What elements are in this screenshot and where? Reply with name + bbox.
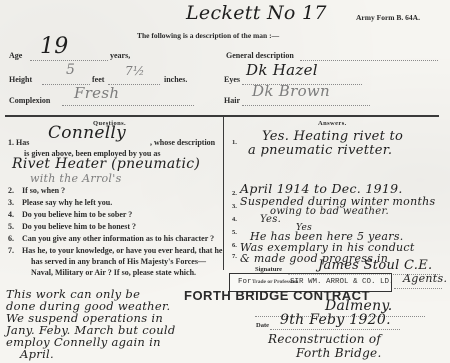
hair-line <box>242 105 370 106</box>
form-sheet: Leckett No 17 Army Form B. 64A. The foll… <box>0 0 450 363</box>
q4-num: 4. <box>8 210 22 219</box>
height-inches-value: 7½ <box>125 64 145 78</box>
header-handwritten-ref: Leckett No 17 <box>186 2 327 24</box>
form-id: Army Form B. 64A. <box>356 13 420 22</box>
date-label: Date <box>256 322 269 329</box>
q6-num: 6. <box>8 234 22 243</box>
stamp-company: SIR WM. ARROL & CO. LD. <box>290 278 394 286</box>
a2-num: 2. <box>232 190 237 197</box>
q1-suffix: , whose description <box>150 138 215 147</box>
q7-line3: Naval, Military or Air ? If so, please s… <box>31 268 196 277</box>
date-value: 9th Feby 1920. <box>280 312 391 328</box>
q2-text: If so, when ? <box>22 186 65 195</box>
question-7: 7.Has he, to your knowledge, or have you… <box>8 246 222 255</box>
age-value: 19 <box>40 34 69 59</box>
a7-num: 7. <box>232 253 237 260</box>
a2-answer: April 1914 to Dec. 1919. <box>240 181 403 196</box>
hair-value: Dk Brown <box>252 82 330 100</box>
eyes-value: Dk Hazel <box>246 61 318 79</box>
eyes-label: Eyes <box>224 75 240 84</box>
q5-text: Do you believe him to be honest ? <box>22 222 136 231</box>
hair-label: Hair <box>224 96 240 105</box>
q1-prefix: 1. Has <box>8 138 29 147</box>
question-2: 2.If so, when ? <box>8 186 65 195</box>
general-description-line <box>300 60 438 61</box>
q1-answer-handwritten: Rivet Heater (pneumatic) <box>12 156 200 172</box>
inches-label: inches. <box>164 75 187 84</box>
years-label: years, <box>110 51 130 60</box>
q4-text: Do you believe him to be sober ? <box>22 210 132 219</box>
agents-line <box>394 288 442 289</box>
column-divider <box>223 116 224 270</box>
note-line2: Forth Bridge. <box>296 346 382 360</box>
question-4: 4.Do you believe him to be sober ? <box>8 210 132 219</box>
q3-text: Please say why he left you. <box>22 198 112 207</box>
q1-answer-faint: with the Arrol's <box>30 172 122 185</box>
contract-stamp-forth: FORTH <box>184 288 231 303</box>
footnote-handwritten: This work can only be done during good w… <box>6 288 176 360</box>
q5-num: 5. <box>8 222 22 231</box>
agents-label: Agents. <box>403 272 447 285</box>
a1-line1: Yes. Heating rivet to <box>262 129 403 144</box>
age-line <box>30 60 108 61</box>
q2-num: 2. <box>8 186 22 195</box>
stamp-prefix: For <box>238 278 252 286</box>
q7-line2: has served in any branch of His Majesty'… <box>31 257 206 266</box>
footnote-line-6: April. <box>6 348 176 360</box>
q7-num: 7. <box>8 246 22 255</box>
a6-num: 6. <box>232 242 237 249</box>
feet-label: feet <box>92 75 104 84</box>
q1-name: Connelly <box>48 123 126 143</box>
a1-line2: a pneumatic rivetter. <box>248 143 392 158</box>
signature-label: Signature <box>255 266 282 273</box>
age-label: Age <box>9 51 22 60</box>
q7-text: Has he, to your knowledge, or have you e… <box>22 246 222 255</box>
complexion-label: Complexion <box>9 96 50 105</box>
question-6: 6.Can you give any other information as … <box>8 234 214 243</box>
height-label: Height <box>9 75 32 84</box>
note-line1: Reconstruction of <box>268 332 381 346</box>
question-5: 5.Do you believe him to be honest ? <box>8 222 136 231</box>
a4-answer: Yes. <box>260 214 281 225</box>
a3-line2: owing to bad weather. <box>270 206 389 217</box>
a5-num: 5. <box>232 229 237 236</box>
q6-text: Can you give any other information as to… <box>22 234 214 243</box>
general-description-label: General description <box>226 51 294 60</box>
form-intro: The following is a description of the ma… <box>137 31 279 40</box>
complexion-value: Fresh <box>74 84 119 102</box>
question-3: 3.Please say why he left you. <box>8 198 112 207</box>
section-divider <box>5 115 439 117</box>
complexion-line <box>62 105 194 106</box>
signature-value: James Stoul C.E. <box>318 258 432 273</box>
date-line <box>270 329 400 330</box>
answers-heading: Answers. <box>318 120 347 127</box>
q3-num: 3. <box>8 198 22 207</box>
a3-num: 3. <box>232 203 237 210</box>
a4-num: 4. <box>232 216 237 223</box>
height-feet-value: 5 <box>66 62 75 78</box>
a1-num: 1. <box>232 139 237 146</box>
